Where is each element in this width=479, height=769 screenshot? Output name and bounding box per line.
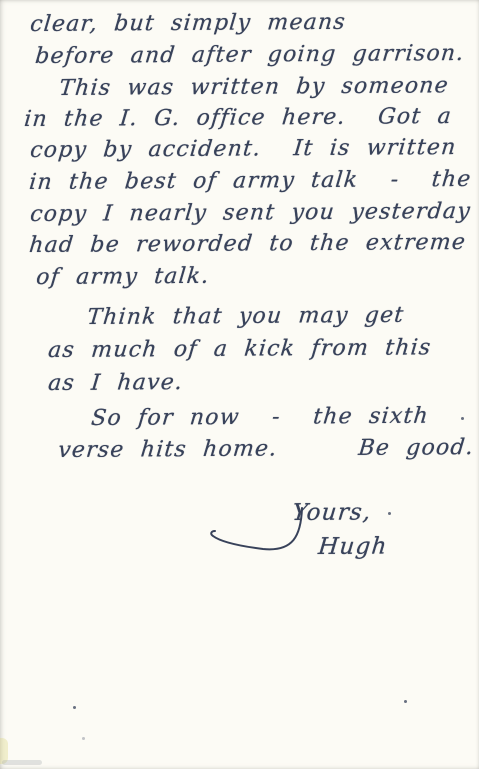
letter-line: verse hits home. Be good.: [57, 435, 475, 463]
ink-speck: [404, 700, 407, 703]
letter-line: had be reworded to the extreme: [28, 230, 467, 258]
scanned-letter-screenshot: { "letter": { "ink_color": "#38425a", "p…: [0, 0, 479, 769]
letter-line: in the I. G. office here. Got a: [23, 104, 453, 132]
letter-line: clear, but simply means: [29, 10, 347, 37]
valediction: Yours,: [291, 499, 373, 526]
ink-speck: [82, 737, 85, 740]
ink-speck: [73, 706, 76, 709]
letter-line: of army talk.: [35, 264, 211, 290]
letter-line: copy I nearly sent you yesterday: [29, 199, 472, 227]
letter-line: in the best of army talk - the: [28, 167, 473, 195]
letter-page: clear, but simply means before and after…: [0, 0, 479, 769]
letter-line: So for now - the sixth: [90, 404, 430, 431]
ink-speck: [388, 512, 391, 515]
letter-line: as much of a kick from this: [47, 335, 433, 363]
signature-name: Hugh: [317, 534, 389, 560]
letter-line: Think that you may get: [86, 303, 406, 330]
letter-line: This was written by someone: [58, 73, 450, 101]
letter-line: copy by accident. It is written: [29, 135, 458, 163]
letter-line: as I have.: [47, 370, 184, 396]
paper-smudge: [2, 760, 42, 765]
letter-line: before and after going garrison.: [34, 41, 466, 69]
ink-speck: [461, 417, 464, 420]
